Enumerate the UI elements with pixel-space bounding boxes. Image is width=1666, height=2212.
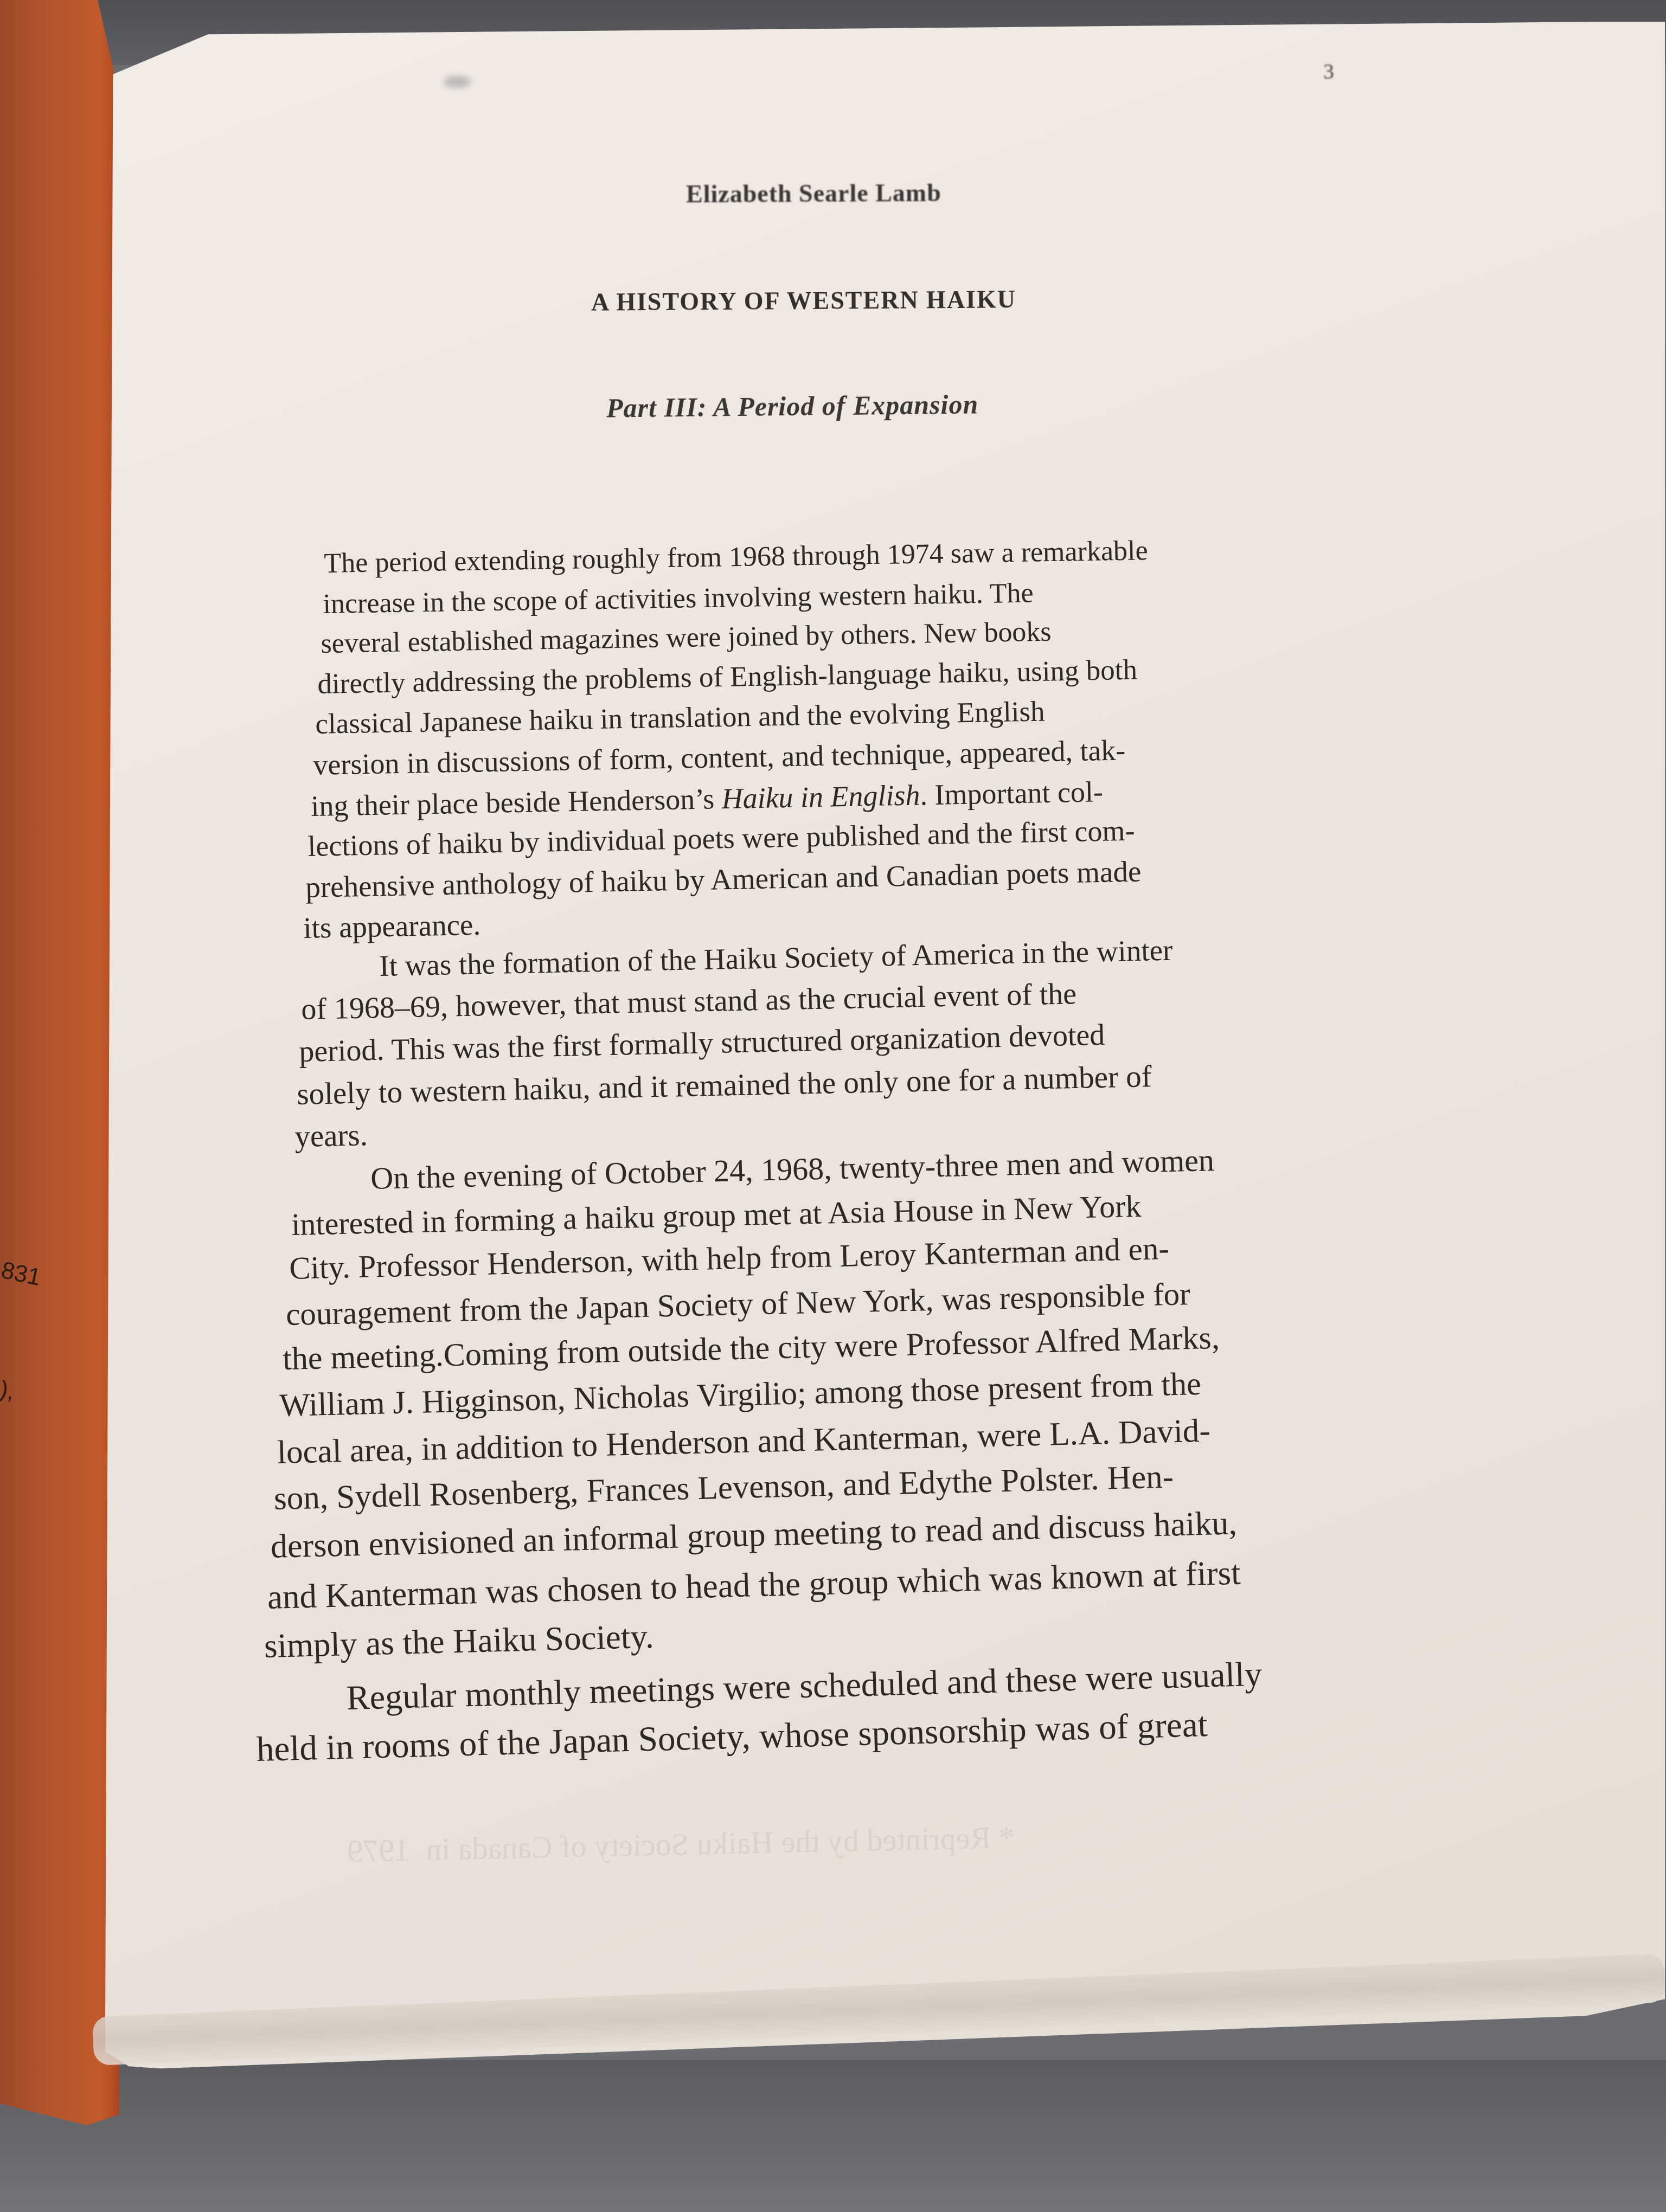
body-text-segment: ing their place beside Henderson’s	[311, 782, 722, 822]
ink-smudge	[444, 76, 471, 88]
page-number: 3	[1323, 59, 1334, 84]
body-text-line: its appearance.	[303, 908, 481, 945]
article-subtitle: Part III: A Period of Expansion	[606, 388, 979, 423]
background-surface-bottom	[0, 2060, 1666, 2212]
book-title-italic: Haiku in English	[721, 779, 920, 815]
author-name: Elizabeth Searle Lamb	[686, 178, 941, 208]
article-title: A HISTORY OF WESTERN HAIKU	[591, 285, 1016, 316]
body-text-line: years.	[294, 1117, 368, 1154]
book-cover-orange	[0, 0, 119, 2125]
body-text-segment: . Important col-	[920, 775, 1103, 811]
